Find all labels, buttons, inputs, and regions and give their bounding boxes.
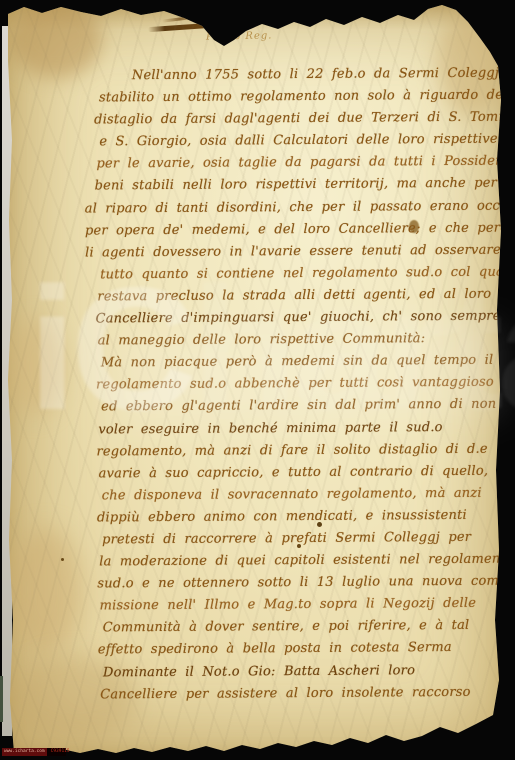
manuscript-line: Cancelliere d'impinguarsi que' giuochi, … xyxy=(95,306,505,331)
manuscript-line: voler eseguire in benché minima parte il… xyxy=(98,416,506,441)
manuscript-line: regolamento, mà anzi di fare il solito d… xyxy=(96,438,506,463)
manuscript-line: tutto quanto si contiene nel regolamento… xyxy=(100,261,505,286)
manuscript-line: regolamento sud.o abbenchè per tutti cos… xyxy=(96,372,506,397)
manuscript-line: per le avarie, osia taglie da pagarsi da… xyxy=(96,151,504,176)
scanned-manuscript-page: Primo Reg. Nell'anno 1755 sotto li 22 fe… xyxy=(0,0,515,760)
watermark-code-label: C939115 xyxy=(51,748,70,756)
manuscript-line: che disponeva il sovracennato regolament… xyxy=(102,482,507,507)
manuscript-line: al riparo di tanti disordini, che per il… xyxy=(85,195,505,220)
manuscript-line: e S. Giorgio, osia dalli Calculatori del… xyxy=(99,129,504,154)
manuscript-line: restava precluso la strada alli detti ag… xyxy=(97,284,505,309)
manuscript-line: la moderazione di quei capitoli esistent… xyxy=(99,549,507,574)
manuscript-line: ed ebbero gl'agenti l'ardire sin dal pri… xyxy=(101,394,506,419)
manuscript-line: missione nell' Illmo e Mag.to sopra li N… xyxy=(99,593,507,618)
manuscript-line: Dominante il Not.o Gio: Batta Ascheri lo… xyxy=(103,659,508,684)
manuscript-line: al maneggio delle loro rispettive Commun… xyxy=(98,328,506,353)
manuscript-line: beni stabili nelli loro rispettivi terri… xyxy=(95,173,505,198)
manuscript-line: avarie à suo capriccio, e tutto al contr… xyxy=(99,460,507,485)
manuscript-line: stabilito un ottimo regolamento non solo… xyxy=(99,85,504,110)
manuscript-line: sud.o e ne ottennero sotto li 13 luglio … xyxy=(97,571,507,596)
manuscript-line: dippiù ebbero animo con mendicati, e ins… xyxy=(97,504,507,529)
manuscript-line: per opera de' medemi, e del loro Cancell… xyxy=(85,217,505,242)
manuscript-paper: Primo Reg. Nell'anno 1755 sotto li 22 fe… xyxy=(6,0,507,758)
stain-left-middle xyxy=(6,318,64,416)
stain-left-lower xyxy=(8,528,82,652)
torn-edge-shading xyxy=(6,0,507,30)
manuscript-line: Cancelliere per assistere al loro insole… xyxy=(100,681,508,706)
scan-edge-sliver xyxy=(0,676,3,722)
manuscript-line: li agenti dovessero in l'avarie essere t… xyxy=(85,239,505,264)
manuscript-line: Nell'anno 1755 sotto li 22 feb.o da Serm… xyxy=(132,63,504,88)
manuscript-line: Communità à dover sentire, e poi riferir… xyxy=(103,615,508,640)
archival-header-note: Primo Reg. xyxy=(206,30,273,42)
manuscript-text-block: Nell'anno 1755 sotto li 22 feb.o da Serm… xyxy=(96,63,508,707)
manuscript-line: distaglio da farsi dagl'agenti dei due T… xyxy=(94,107,504,132)
manuscript-line: Mà non piacque però à medemi sin da quel… xyxy=(101,350,506,375)
watermark-site-label: www.icharta.com xyxy=(2,748,47,756)
manuscript-line: effetto spedirono à bella posta in cotes… xyxy=(98,637,508,662)
manuscript-line: pretesti di raccorrere à prefati Sermi C… xyxy=(102,527,507,552)
stock-watermark-strip: www.icharta.com C939115 xyxy=(2,748,66,756)
ink-speck xyxy=(61,558,64,561)
